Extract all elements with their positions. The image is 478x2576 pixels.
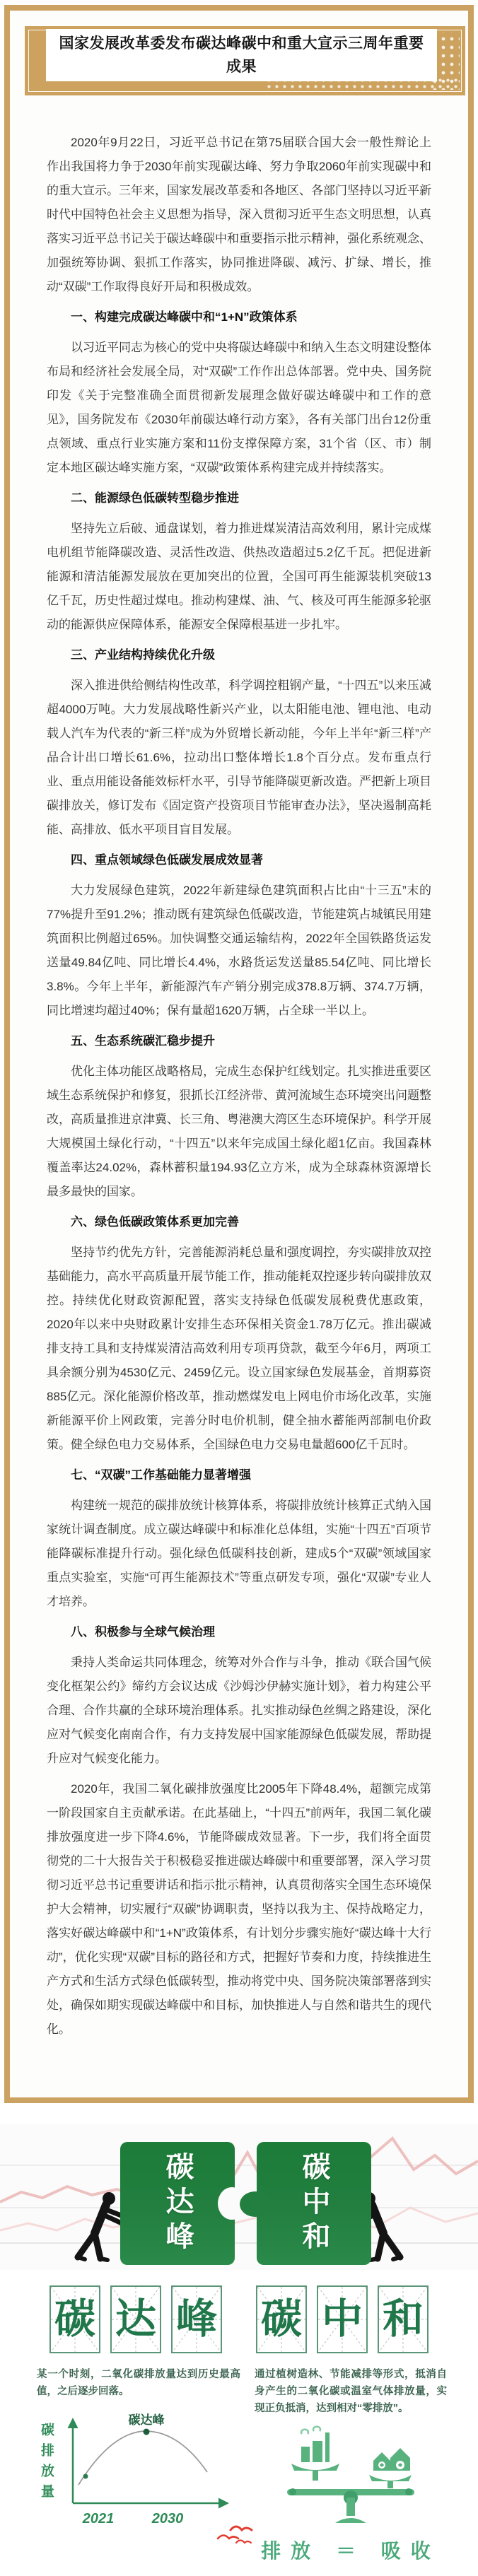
article-body: 2020年9月22日，习近平总书记在第75届联合国大会一般性辩论上作出我国将力争… [47, 131, 431, 2048]
section-heading-2: 二、能源绿色低碳转型稳步推进 [47, 486, 431, 510]
closing-paragraph: 2020年，我国二氧化碳排放强度比2005年下降48.4%，超额完成第一阶段国家… [47, 1777, 431, 2042]
pushing-person-silhouette [74, 2189, 124, 2266]
puzzle-knob [240, 2191, 271, 2217]
chart-y-axis-label: 碳排放量 [40, 2423, 53, 2531]
section-heading-3: 三、产业结构持续优化升级 [47, 643, 431, 667]
section-paragraph-7: 构建统一规范的碳排放统计核算体系，将碳排放统计核算正式纳入国家统计调查制度。成立… [47, 1494, 431, 1614]
puzzle-left-label: 碳达峰 [163, 2152, 192, 2256]
carbon-peak-chart: 碳排放量 碳达峰 2021 2 [37, 2413, 240, 2531]
carbon-peak-caption: 某一个时刻，二氧化碳排放量达到历史最高值，之后逐步回落。 [37, 2366, 240, 2400]
puzzle-piece-carbon-neutral: 碳中和 [257, 2142, 371, 2265]
character-tile: 中 [317, 2285, 368, 2353]
carbon-neutral-column: 通过植树造林、节能减排等形式，抵消自身产生的二氧化碳或温室气体排放量，实现正负抵… [255, 2366, 447, 2564]
section-paragraph-2: 坚持先立后破、通盘谋划，着力推进煤炭清洁高效利用，累计完成煤电机组节能降碳改造、… [47, 517, 431, 637]
page-title: 国家发展改革委发布碳达峰碳中和重大宣示三周年重要成果 [46, 32, 437, 78]
section-heading-4: 四、重点领域绿色低碳发展成效显著 [47, 848, 431, 872]
title-banner: 国家发展改革委发布碳达峰碳中和重大宣示三周年重要成果 [25, 26, 465, 95]
chart-peak-annotation: 碳达峰 [129, 2413, 165, 2427]
section-paragraph-6: 坚持节约优先方针，完善能源消耗总量和强度调控，夯实碳排放双控基础能力，高水平高质… [47, 1241, 431, 1457]
title-box: 国家发展改革委发布碳达峰碳中和重大宣示三周年重要成果 [46, 29, 437, 81]
balance-scale-icon [280, 2424, 421, 2530]
tile-character: 达 [115, 2299, 156, 2340]
character-tile: 碳 [49, 2285, 100, 2353]
section-heading-8: 八、积极参与全球气候治理 [47, 1620, 431, 1644]
emission-equals-absorption-text: 排放 ＝ 吸收 [255, 2536, 447, 2564]
carbon-neutral-caption: 通过植树造林、节能减排等形式，抵消自身产生的二氧化碳或温室气体排放量，实现正负抵… [255, 2366, 447, 2417]
character-tiles-row: 碳 达 峰 [0, 2285, 478, 2353]
section-paragraph-4: 大力发展绿色建筑，2022年新建绿色建筑面积占比由“十三五”末的77%提升至91… [47, 879, 431, 1023]
section-paragraph-5: 优化主体功能区战略格局，完成生态保护红线划定。扎实推进重要区域生态系统保护和修复… [47, 1060, 431, 1204]
document-frame: 国家发展改革委发布碳达峰碳中和重大宣示三周年重要成果 2020年9月22日，习近… [4, 5, 474, 2103]
carbon-peak-line-chart: 碳达峰 2021 2030 [54, 2413, 233, 2531]
carbon-infographic: 碳达峰 碳中和 碳 [0, 2103, 478, 2576]
balance-scale-wrap [255, 2424, 447, 2530]
character-tile: 碳 [256, 2285, 307, 2353]
tile-character: 中 [322, 2299, 363, 2340]
chart-x-tick-2030: 2030 [151, 2511, 184, 2527]
puzzle-piece-carbon-peak: 碳达峰 [120, 2142, 235, 2265]
character-tile: 和 [378, 2285, 429, 2353]
section-heading-7: 七、“双碳”工作基础能力显著增强 [47, 1463, 431, 1487]
chart-x-tick-2021: 2021 [82, 2511, 115, 2527]
section-paragraph-3: 深入推进供给侧结构性改革，科学调控粗钢产量，“十四五”以来压减超4000万吨。大… [47, 674, 431, 842]
character-tile: 峰 [171, 2285, 222, 2353]
section-heading-5: 五、生态系统碳汇稳步提升 [47, 1029, 431, 1053]
page: 国家发展改革委发布碳达峰碳中和重大宣示三周年重要成果 2020年9月22日，习近… [0, 0, 478, 2576]
puzzle-scene: 碳达峰 碳中和 [0, 2124, 478, 2270]
tile-character: 碳 [54, 2299, 95, 2340]
red-birds-icon [215, 2522, 264, 2551]
tile-character: 碳 [261, 2299, 302, 2340]
section-heading-6: 六、绿色低碳政策体系更加完善 [47, 1210, 431, 1234]
intro-paragraph: 2020年9月22日，习近平总书记在第75届联合国大会一般性辩论上作出我国将力争… [47, 131, 431, 299]
tile-character: 峰 [176, 2299, 217, 2340]
section-heading-1: 一、构建完成碳达峰碳中和“1+N”政策体系 [47, 305, 431, 329]
character-tile: 达 [110, 2285, 161, 2353]
carbon-peak-column: 某一个时刻，二氧化碳排放量达到历史最高值，之后逐步回落。 碳排放量 [37, 2366, 240, 2564]
section-paragraph-1: 以习近平同志为核心的党中央将碳达峰碳中和纳入生态文明建设整体布局和经济社会发展全… [47, 336, 431, 480]
section-paragraph-8: 秉持人类命运共同体理念，统筹对外合作与斗争，推动《联合国气候变化框架公约》缔约方… [47, 1651, 431, 1771]
puzzle-right-label: 碳中和 [300, 2152, 328, 2256]
tile-character: 和 [383, 2299, 424, 2340]
